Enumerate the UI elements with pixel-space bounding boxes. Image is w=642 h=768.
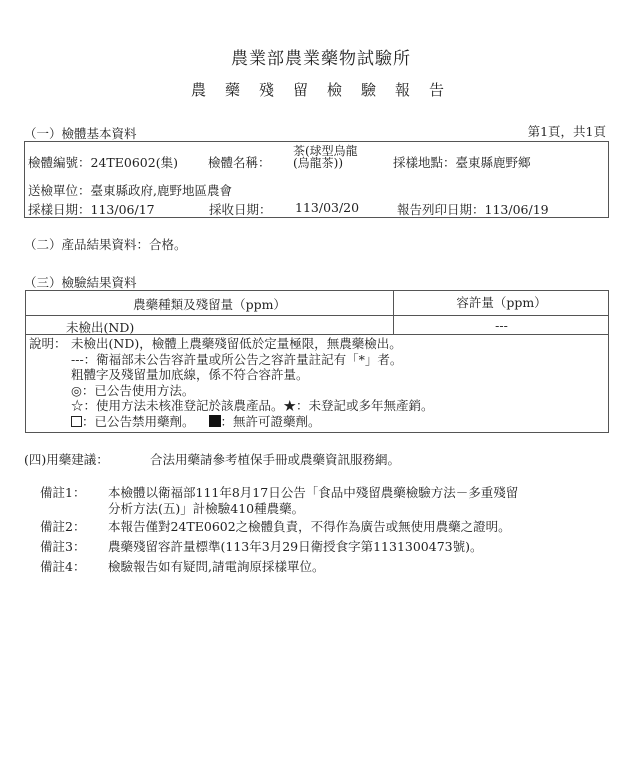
sample-no-label: 檢體編號： xyxy=(28,155,91,170)
explanation-banned: ：已公告禁用藥劑。 xyxy=(82,414,195,429)
page-info: 第1頁，共1頁 xyxy=(528,122,606,140)
results-table: 農藥種類及殘留量（ppm） 容許量（ppm） 未檢出(ND) --- 說明： 未… xyxy=(25,290,609,433)
received-date-label: 採收日期： xyxy=(209,200,272,218)
explanation-open-star: ☆：使用方法未核准登記於該農產品。 xyxy=(71,398,284,413)
sampling-date-field: 採樣日期：113/06/17 xyxy=(28,200,155,218)
sample-no-value: 24TE0602(集) xyxy=(91,155,178,170)
explanation-line: 未檢出(ND)，檢體上農藥殘留低於定量極限，無農藥檢出。 xyxy=(71,336,434,352)
sample-name-value: 茶(球型烏龍 (烏龍茶)) xyxy=(293,145,358,169)
print-date-label: 報告列印日期： xyxy=(397,202,485,217)
usage-advice-text: 合法用藥請參考植保手冊或農藥資訊服務網。 xyxy=(150,450,400,468)
sample-name-label: 檢體名稱： xyxy=(208,153,271,171)
submitter-label: 送檢單位： xyxy=(28,183,91,198)
received-date-value: 113/03/20 xyxy=(295,200,359,215)
remark-label-2: 備註2： xyxy=(40,519,85,535)
sample-no-field: 檢體編號：24TE0602(集) xyxy=(28,153,178,171)
column-header-pesticide: 農藥種類及殘留量（ppm） xyxy=(26,295,393,313)
sampling-place-label: 採樣地點： xyxy=(393,155,456,170)
explanation-line: ◎：已公告使用方法。 xyxy=(71,383,434,399)
sampling-place-value: 臺東縣鹿野鄉 xyxy=(456,155,531,170)
usage-advice-label: (四)用藥建議： xyxy=(24,450,109,468)
submitter-value: 臺東縣政府,鹿野地區農會 xyxy=(91,183,232,198)
explanation-unlicensed: ：無許可證藥劑。 xyxy=(221,414,321,429)
remark-text-2: 本報告僅對24TE0602之檢體負責，不得作為廣告或無使用農藥之證明。 xyxy=(108,519,511,535)
tolerance-result: --- xyxy=(394,318,609,333)
sampling-date-value: 113/06/17 xyxy=(91,202,155,217)
sample-name-line2: (烏龍茶)) xyxy=(293,157,358,169)
sampling-date-label: 採樣日期： xyxy=(28,202,91,217)
explanation-filled-star: ★：未登記或多年無產銷。 xyxy=(284,398,434,413)
explanation-line: 粗體字及殘留量加底線，係不符合容許量。 xyxy=(71,367,434,383)
header-divider xyxy=(26,315,608,316)
column-header-tolerance: 容許量（ppm） xyxy=(394,293,609,311)
sampling-place-field: 採樣地點：臺東縣鹿野鄉 xyxy=(393,153,531,171)
explanation-line-squares: ：已公告禁用藥劑。：無許可證藥劑。 xyxy=(71,414,434,430)
section3-title: （三）檢驗結果資料 xyxy=(24,273,137,291)
remark-text-3: 農藥殘留容許量標準(113年3月29日衛授食字第1131300473號)。 xyxy=(108,539,483,555)
institution-name: 農業部農業藥物試驗所 xyxy=(0,44,642,69)
empty-square-icon xyxy=(71,416,82,427)
remark-text-1: 本檢體以衛福部111年8月17日公告「食品中殘留農藥檢驗方法－多重殘留 分析方法… xyxy=(108,485,518,516)
remark-label-3: 備註3： xyxy=(40,539,85,555)
submitter-field: 送檢單位：臺東縣政府,鹿野地區農會 xyxy=(28,181,232,199)
product-result: （二）產品結果資料：合格。 xyxy=(24,235,187,253)
remark-text-4: 檢驗報告如有疑問,請電詢原採樣單位。 xyxy=(108,559,324,575)
sample-info-box: 檢體編號：24TE0602(集) 檢體名稱： 茶(球型烏龍 (烏龍茶)) 採樣地… xyxy=(24,141,609,218)
remark-1-line-2: 分析方法(五)」計檢驗410種農藥。 xyxy=(108,501,518,517)
pesticide-result: 未檢出(ND) xyxy=(66,318,134,336)
remark-1-line-1: 本檢體以衛福部111年8月17日公告「食品中殘留農藥檢驗方法－多重殘留 xyxy=(108,485,518,501)
explanation-line-stars: ☆：使用方法未核准登記於該農產品。★：未登記或多年無產銷。 xyxy=(71,398,434,414)
explanation-block: 未檢出(ND)，檢體上農藥殘留低於定量極限，無農藥檢出。 ---：衛福部未公告容… xyxy=(71,336,434,429)
print-date-value: 113/06/19 xyxy=(485,202,549,217)
report-title: 農藥殘留檢驗報告 xyxy=(0,79,642,100)
section1-title: （一）檢體基本資料 xyxy=(24,124,137,142)
filled-square-icon xyxy=(209,415,221,427)
remark-label-1: 備註1： xyxy=(40,485,85,501)
explanation-label: 說明： xyxy=(29,336,67,352)
remark-label-4: 備註4： xyxy=(40,559,85,575)
print-date-field: 報告列印日期：113/06/19 xyxy=(397,200,549,218)
explanation-line: ---：衛福部未公告容許量或所公告之容許量註記有「*」者。 xyxy=(71,352,434,368)
